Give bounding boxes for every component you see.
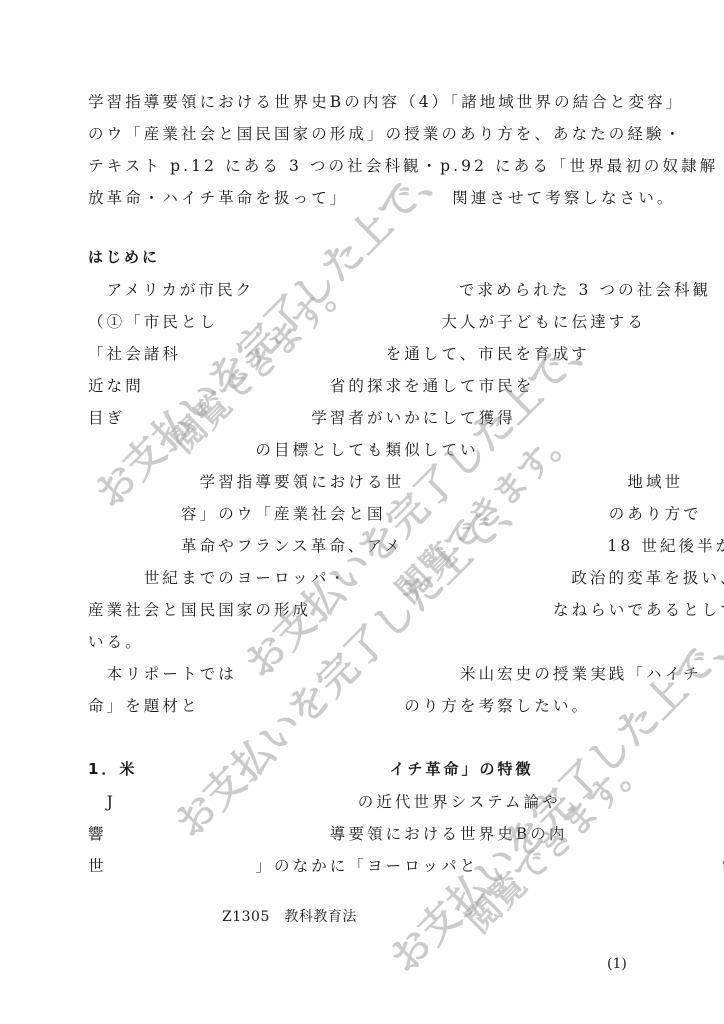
body-line: 容」のウ「産業社会と国 のあり方で (88, 504, 702, 524)
course-code-footer: Z1305 教科教育法 (222, 906, 357, 926)
page-number: (1) (607, 956, 627, 972)
section1-heading: 1．米 イチ革命」の特徴 (88, 759, 533, 779)
body-line: 「社会諸科 を通して、市民を育成す (88, 344, 590, 364)
body-line: J の近代世界システム論や (88, 792, 561, 812)
body-line: （①「市民とし 大人が子どもに伝達する (88, 312, 646, 332)
question-line: テキスト p.12 にある 3 つの社会科観・p.92 にある「世界最初の奴隷解 (88, 156, 718, 176)
body-line: 産業社会と国民国家の形成 なねらいであるとして (88, 600, 724, 620)
watermark-text: お支払いを完了した上で、 (230, 309, 609, 688)
body-line: アメリカが市民ク で求められた 3 つの社会科観 (88, 280, 711, 300)
question-line: 放革命・ハイチ革命を扱って」 関連させて考察しなさい。 (88, 188, 675, 208)
question-line: 学習指導要領における世界史Bの内容（4）「諸地域世界の結合と変容」 (88, 92, 684, 112)
intro-heading: はじめに (88, 247, 160, 267)
body-line: 学習指導要領における世 地域世 (88, 472, 683, 492)
body-line: 響 導要領における世界史Bの内 Ｘ (88, 824, 724, 844)
body-line: いる。 (88, 632, 144, 652)
body-line: 革命やフランス革命、アメ 18 世紀後半か (88, 536, 724, 556)
body-line: 近な問 省的探求を通して市民を (88, 376, 534, 396)
body-line: 本リポートでは 米山宏史の授業実践「ハイチ (88, 664, 702, 684)
question-line: のウ「産業社会と国民国家の形成」の授業のあり方を、あなたの経験・ (88, 124, 683, 144)
body-line: 目ぎ 学習者がいかにして獲得 (88, 408, 516, 428)
document-page: 学習指導要領における世界史Bの内容（4）「諸地域世界の結合と変容」 のウ「産業社… (0, 0, 724, 1024)
body-line: 世紀までのヨーロッパ・ 政治的変革を扱い、 (88, 568, 724, 588)
body-line: の目標としても類似してい (88, 440, 479, 460)
body-line: 世 」のなかに「ヨーロッパと ロッ (88, 856, 724, 876)
body-line: 命」を題材と のり方を考察したい。 (88, 696, 590, 716)
